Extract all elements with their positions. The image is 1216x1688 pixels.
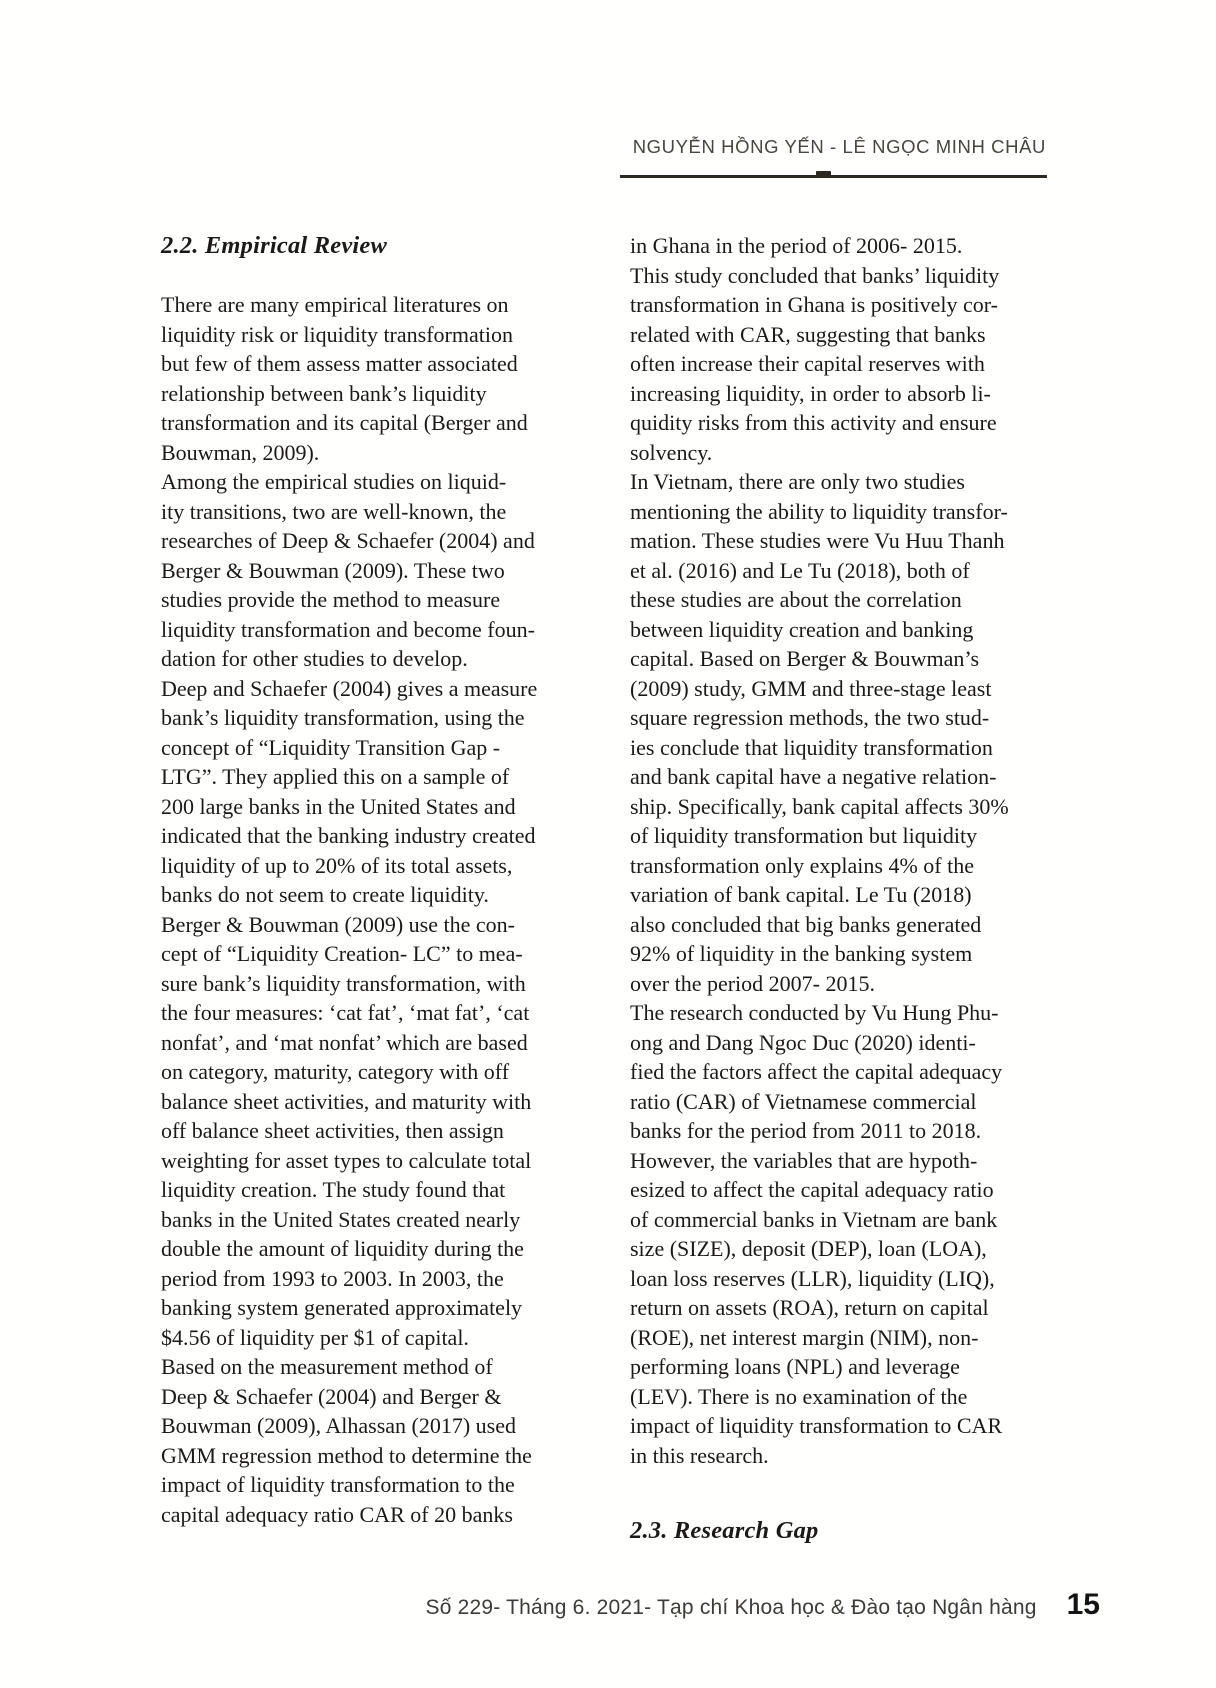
paragraph: In Vietnam, there are only two studies m…	[630, 467, 1078, 998]
paragraph: There are many empirical literatures on …	[161, 290, 609, 467]
paragraph: This study concluded that banks’ liquidi…	[630, 261, 1078, 468]
paragraph: The research conducted by Vu Hung Phu- o…	[630, 998, 1078, 1470]
left-column: 2.2. Empirical Review There are many emp…	[161, 231, 609, 1529]
section-heading-research-gap: 2.3. Research Gap	[630, 1516, 1078, 1546]
paragraph: Deep and Schaefer (2004) gives a measure…	[161, 674, 609, 910]
journal-page: NGUYỄN HỒNG YẾN - LÊ NGỌC MINH CHÂU 2.2.…	[0, 0, 1216, 1688]
header-rule-notch	[816, 171, 831, 176]
header-authors: NGUYỄN HỒNG YẾN - LÊ NGỌC MINH CHÂU	[0, 136, 1046, 158]
right-column: in Ghana in the period of 2006- 2015. Th…	[630, 231, 1078, 1546]
paragraph: in Ghana in the period of 2006- 2015.	[630, 231, 1078, 261]
header-rule	[620, 175, 1047, 178]
paragraph: Based on the measurement method of Deep …	[161, 1352, 609, 1529]
section-heading-empirical-review: 2.2. Empirical Review	[161, 231, 609, 261]
paragraph: Berger & Bouwman (2009) use the con- cep…	[161, 910, 609, 1353]
paragraph: Among the empirical studies on liquid- i…	[161, 467, 609, 674]
footer-journal-info: Số 229- Tháng 6. 2021- Tạp chí Khoa học …	[426, 1596, 1037, 1620]
heading-spacer	[161, 261, 609, 291]
page-footer: Số 229- Tháng 6. 2021- Tạp chí Khoa học …	[426, 1588, 1101, 1622]
footer-page-number: 15	[1067, 1588, 1100, 1622]
